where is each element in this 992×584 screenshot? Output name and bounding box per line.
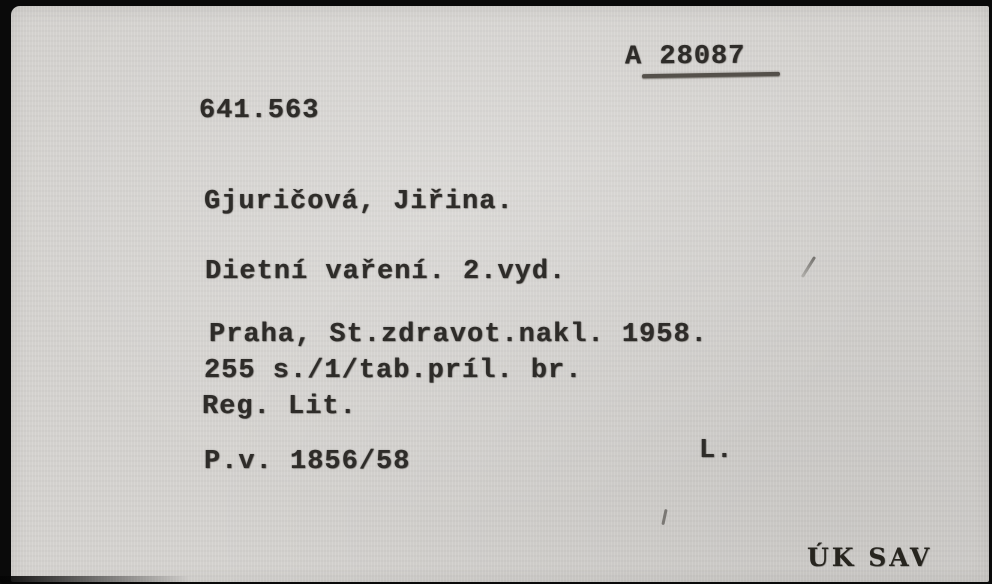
imprint-line: Praha, St.zdravot.nakl. 1958. xyxy=(209,320,708,350)
catalog-card-scan: A 28087 641.563 Gjuričová, Jiřina. Dietn… xyxy=(0,0,992,584)
accession-underline xyxy=(642,72,780,78)
record-number: P.v. 1856/58 xyxy=(204,447,410,477)
accession-number: A 28087 xyxy=(625,42,746,73)
catalog-card: A 28087 641.563 Gjuričová, Jiřina. Dietn… xyxy=(11,6,989,582)
pen-mark-tick-icon xyxy=(661,509,667,525)
author-line: Gjuričová, Jiřina. xyxy=(204,187,514,217)
letter-mark: L. xyxy=(699,436,733,466)
pen-mark-slash-icon xyxy=(801,256,816,278)
collation-line: 255 s./1/tab.príl. br. xyxy=(204,356,582,386)
library-stamp: ÚK SAV xyxy=(807,543,932,572)
scan-edge-shadow xyxy=(0,576,190,584)
title-line: Dietní vaření. 2.vyd. xyxy=(205,257,566,287)
classification-number: 641.563 xyxy=(199,96,319,126)
note-line: Reg. Lit. xyxy=(202,392,357,422)
